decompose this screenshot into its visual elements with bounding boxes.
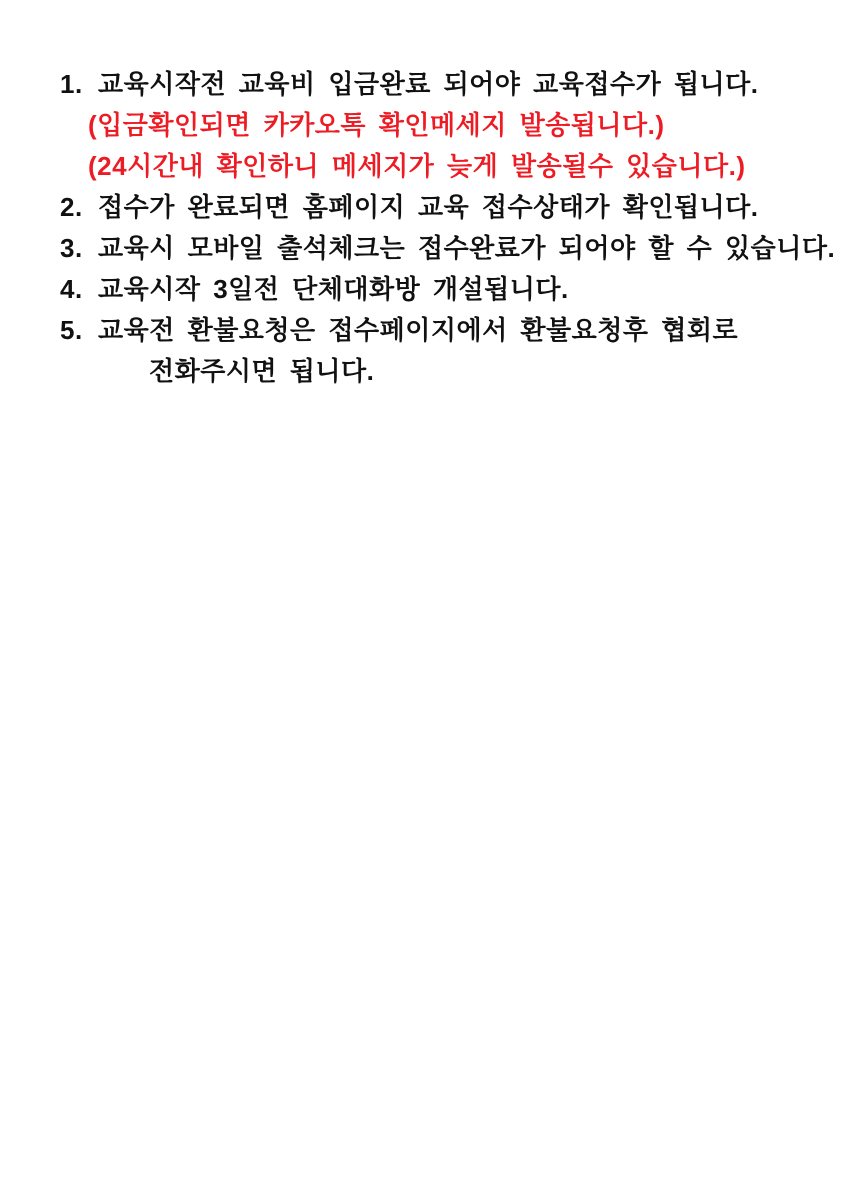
item-number: 2.: [60, 187, 98, 228]
list-item: 2. 접수가 완료되면 홈페이지 교육 접수상태가 확인됩니다.: [60, 187, 818, 228]
item-sub-note-red: (입금확인되면 카카오톡 확인메세지 발송됩니다.): [88, 105, 818, 146]
item-text: 교육시 모바일 출석체크는 접수완료가 되어야 할 수 있습니다.: [98, 228, 835, 269]
item-continuation-text: 전화주시면 됩니다.: [149, 351, 818, 392]
item-number: 4.: [60, 269, 98, 310]
list-item: 4. 교육시작 3일전 단체대화방 개설됩니다.: [60, 269, 818, 310]
item-text: 교육시작전 교육비 입금완료 되어야 교육접수가 됩니다.: [98, 64, 818, 105]
item-text: 교육전 환불요청은 접수페이지에서 환불요청후 협회로: [98, 310, 818, 351]
item-sub-note-red: (24시간내 확인하니 메세지가 늦게 발송될수 있습니다.): [88, 146, 818, 187]
notice-list: 1. 교육시작전 교육비 입금완료 되어야 교육접수가 됩니다. (입금확인되면…: [0, 0, 848, 392]
item-number: 5.: [60, 310, 98, 351]
list-item: 3. 교육시 모바일 출석체크는 접수완료가 되어야 할 수 있습니다.: [60, 228, 818, 269]
notice-document: 1. 교육시작전 교육비 입금완료 되어야 교육접수가 됩니다. (입금확인되면…: [0, 0, 848, 1200]
item-text: 교육시작 3일전 단체대화방 개설됩니다.: [98, 269, 818, 310]
item-text: 접수가 완료되면 홈페이지 교육 접수상태가 확인됩니다.: [98, 187, 818, 228]
list-item: 5. 교육전 환불요청은 접수페이지에서 환불요청후 협회로: [60, 310, 818, 351]
item-number: 1.: [60, 64, 98, 105]
item-number: 3.: [60, 228, 98, 269]
list-item: 1. 교육시작전 교육비 입금완료 되어야 교육접수가 됩니다.: [60, 64, 818, 105]
